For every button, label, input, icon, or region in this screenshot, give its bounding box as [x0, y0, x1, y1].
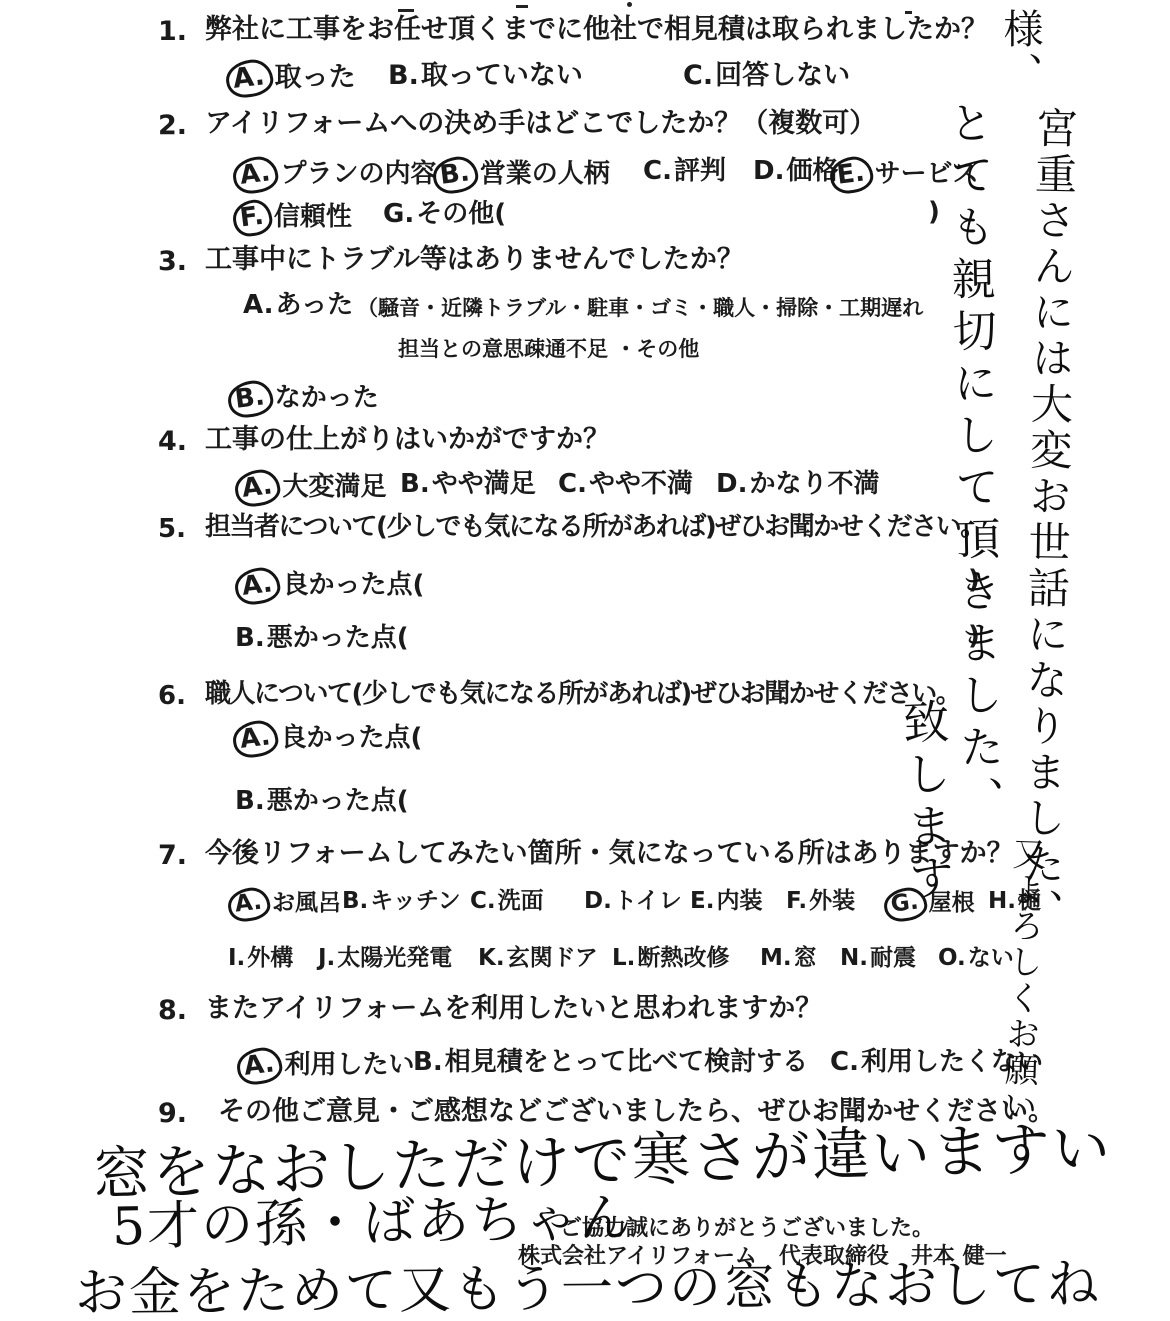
q1-title: 弊社に工事をお任せ頂くまでに他社で相見積は取られましたか？: [205, 14, 988, 45]
q3-option-a-detail2: 担当との意思疎通不足 ・その他: [398, 337, 699, 361]
q7-option-a-letter: A.: [226, 886, 272, 924]
q2-other-close-paren: ): [928, 198, 940, 228]
q7-option-j-text: 太陽光発電: [337, 945, 452, 971]
q7-option-n-text: 耐震: [870, 945, 916, 971]
q2-option-b-text: 営業の人柄: [480, 159, 610, 189]
q4-option-d-letter: D.: [716, 470, 747, 500]
q3-option-a-detail1: （騒音・近隣トラブル・駐車・ゴミ・職人・掃除・工期遅れ: [357, 296, 923, 320]
q7-option-l-letter: L.: [612, 945, 635, 971]
q1-option-c-letter: C.: [683, 60, 713, 91]
q7-option-m: M.窓: [760, 945, 817, 971]
q2-option-c-letter: C.: [643, 157, 672, 187]
q2-number: 2.: [158, 110, 187, 141]
q2-option-f-text: 信頼性: [274, 202, 352, 232]
q8-option-a-letter: A.: [235, 1045, 285, 1086]
q2-option-g-letter: G.: [383, 200, 414, 230]
q7-option-i-text: 外構: [247, 945, 293, 971]
scan-artifact: [398, 9, 414, 12]
q5-option-b-letter: B.: [235, 624, 265, 654]
q6-option-a: A.良かった点(: [233, 721, 422, 757]
q9-number: 9.: [158, 1098, 187, 1129]
q4-option-a-text: 大変満足: [282, 472, 386, 502]
q7-option-k-letter: K.: [478, 945, 505, 971]
q7-option-b-text: キッチン: [370, 888, 460, 914]
q6-title: 職人について(少しでも気になる所があれば)ぜひお聞かせください。: [205, 680, 960, 710]
q7-option-i: I.外構: [228, 945, 293, 971]
q2-option-g-text: その他(: [416, 199, 506, 229]
q3-option-b-text: なかった: [275, 383, 379, 413]
q3-option-b: B.なかった: [228, 381, 379, 417]
q8-option-b: B.相見積をとって比べて検討する: [413, 1048, 808, 1078]
q3-number: 3.: [158, 246, 187, 277]
q1-option-b-letter: B.: [388, 60, 419, 91]
q6-option-b: B.悪かった点(: [235, 787, 409, 817]
q3-option-b-letter: B.: [226, 378, 275, 419]
q7-option-m-text: 窓: [794, 945, 817, 971]
q1-option-a: A.取った: [226, 60, 356, 97]
q5-option-b-text: 悪かった点(: [267, 623, 409, 653]
q1-option-b: B.取っていない: [388, 60, 583, 91]
q7-option-k-text: 玄関ドア: [507, 945, 598, 971]
q4-title: 工事の仕上がりはいかがですか？: [205, 424, 610, 455]
q2-option-d-letter: D.: [753, 157, 784, 187]
q7-option-d-text: トイレ: [614, 888, 682, 914]
q1-option-c: C.回答しない: [683, 60, 850, 91]
q8-option-b-text: 相見積をとって比べて検討する: [445, 1047, 808, 1077]
q7-option-f: F.外装: [786, 888, 855, 914]
q4-option-d-text: かなり不満: [749, 469, 879, 499]
q7-option-c-text: 洗面: [498, 888, 544, 914]
q4-option-a: A.大変満足: [235, 470, 387, 506]
q7-option-l-text: 断熱改修: [637, 945, 729, 971]
q1-option-c-text: 回答しない: [715, 60, 850, 91]
q4-option-b-text: やや満足: [432, 469, 536, 499]
q8-option-c-letter: C.: [830, 1048, 859, 1078]
q7-option-c: C.洗面: [470, 888, 544, 914]
q7-option-b-letter: B.: [342, 888, 368, 914]
q7-option-a: A.お風呂: [228, 888, 341, 921]
q4-option-c: C.やや不満: [558, 470, 693, 500]
q3-option-a-text: あった: [275, 290, 353, 320]
q6-number: 6.: [158, 682, 186, 712]
q2-option-a-text: プランの内容: [280, 159, 436, 189]
q5-option-a: A.良かった点(: [235, 568, 424, 604]
q2-option-f-letter: F.: [231, 198, 274, 238]
scan-artifact: [516, 5, 528, 8]
handwritten-margin-note-left-column: とても親切にして頂きました、: [944, 100, 1001, 829]
scanned-survey-sheet: 1. 弊社に工事をお任せ頂くまでに他社で相見積は取られましたか？ A.取った B…: [0, 0, 1170, 1321]
q8-number: 8.: [158, 995, 187, 1026]
q7-option-e: E.内装: [690, 888, 762, 914]
q7-option-a-text: お風呂: [272, 890, 341, 916]
q4-option-d: D.かなり不満: [716, 470, 879, 500]
q7-option-f-text: 外装: [809, 888, 855, 914]
q1-option-b-text: 取っていない: [421, 60, 583, 91]
q8-option-b-letter: B.: [413, 1048, 443, 1078]
q7-title: 今後リフォームしてみたい箇所・気になっている所はありますか？: [205, 838, 1014, 869]
scan-artifact: [627, 2, 632, 7]
q7-option-k: K.玄関ドア: [478, 945, 598, 971]
q2-option-c: C.評判: [643, 157, 726, 187]
q6-option-a-text: 良かった点(: [280, 723, 422, 753]
q2-option-b-letter: B.: [431, 154, 480, 195]
handwritten-margin-note-tail: 又よろしくお願い、: [998, 836, 1043, 1161]
q2-option-a: A.プランの内容: [233, 157, 437, 193]
handwritten-margin-note-closing: 致します: [899, 697, 952, 906]
q2-title: アイリフォームへの決め手はどこでしたか？（複数可）: [205, 108, 876, 139]
q7-option-n-letter: N.: [840, 945, 868, 971]
q7-option-i-letter: I.: [228, 945, 245, 971]
q7-option-n: N.耐震: [840, 945, 916, 971]
q7-option-j: J.太陽光発電: [318, 945, 452, 971]
q6-option-b-text: 悪かった点(: [267, 786, 409, 816]
q4-option-b: B.やや満足: [400, 470, 536, 500]
q7-option-d-letter: D.: [584, 888, 612, 914]
q1-option-a-letter: A.: [224, 57, 275, 99]
q8-title: またアイリフォームを利用したいと思われますか？: [205, 993, 822, 1024]
q7-option-b: B.キッチン: [342, 888, 461, 914]
q7-option-l: L.断熱改修: [612, 945, 729, 971]
handwritten-recipient-sama: 様、: [1000, 8, 1040, 96]
q4-option-b-letter: B.: [400, 470, 430, 500]
q6-option-b-letter: B.: [235, 787, 265, 817]
q7-option-m-letter: M.: [760, 945, 792, 971]
q2-option-g: G.その他(: [383, 200, 506, 230]
handwritten-comment-line3: お金をためて又もう一つの窓もなおしてね: [75, 1256, 1101, 1321]
q6-option-a-letter: A.: [231, 718, 281, 759]
q3-option-a: A.あった: [243, 291, 353, 321]
q4-option-a-letter: A.: [233, 467, 283, 508]
q2-option-a-letter: A.: [231, 154, 281, 195]
q5-option-a-text: 良かった点(: [282, 570, 424, 600]
q4-number: 4.: [158, 426, 187, 457]
q7-option-e-letter: E.: [690, 888, 714, 914]
q1-number: 1.: [158, 16, 187, 47]
q5-option-b: B.悪かった点(: [235, 624, 409, 654]
handwritten-comment-line2: 5才の孫・ばあちゃん: [112, 1189, 634, 1258]
q7-option-j-letter: J.: [318, 945, 335, 971]
q2-option-d: D.価格: [753, 157, 838, 187]
q2-option-b: B.営業の人柄: [433, 157, 610, 193]
q8-option-a: A.利用したい: [237, 1048, 415, 1084]
q5-option-a-letter: A.: [233, 565, 283, 606]
q3-option-a-letter: A.: [243, 291, 273, 321]
q7-option-f-letter: F.: [786, 888, 807, 914]
q2-option-f: F.信頼性: [233, 200, 352, 236]
q7-option-c-letter: C.: [470, 888, 496, 914]
q3-title: 工事中にトラブル等はありませんでしたか？: [205, 244, 744, 275]
q5-number: 5.: [158, 515, 186, 545]
q4-option-c-text: やや不満: [589, 469, 693, 499]
q7-number: 7.: [158, 840, 187, 871]
handwritten-margin-note-right-column: 宮重さんには大変お世話になりました、: [1019, 106, 1075, 935]
q4-option-c-letter: C.: [558, 470, 587, 500]
q8-option-a-text: 利用したい: [284, 1050, 414, 1080]
q2-option-c-text: 評判: [674, 156, 726, 186]
q7-option-d: D.トイレ: [584, 888, 682, 914]
q1-option-a-text: 取った: [275, 62, 356, 93]
q7-option-e-text: 内装: [716, 888, 762, 914]
q2-option-e-letter: E.: [828, 155, 875, 196]
q7-option-o-letter: O.: [938, 945, 966, 971]
q5-title: 担当者について(少しでも気になる所があれば)ぜひお聞かせください。: [205, 513, 985, 543]
